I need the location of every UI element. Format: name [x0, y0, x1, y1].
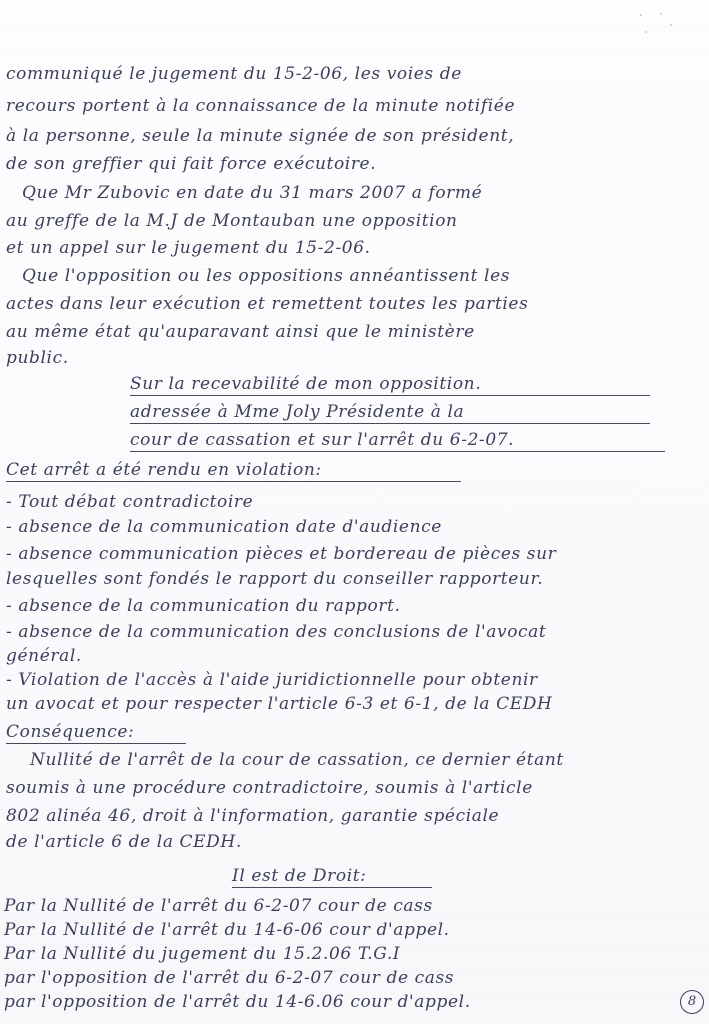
- text-line: au greffe de la M.J de Montauban une opp…: [6, 213, 458, 230]
- text-line: de l'article 6 de la CEDH.: [6, 834, 242, 851]
- text-line: de son greffier qui fait force exécutoir…: [6, 156, 376, 173]
- text-line: public.: [6, 350, 69, 367]
- list-item: - Violation de l'accès à l'aide juridict…: [6, 672, 538, 689]
- list-item: - absence communication pièces et border…: [6, 546, 556, 563]
- text-line: communiqué le jugement du 15-2-06, les v…: [6, 66, 462, 83]
- text-line: 802 alinéa 46, droit à l'information, ga…: [6, 808, 499, 825]
- section-heading: adressée à Mme Joly Présidente à la: [130, 404, 650, 424]
- text-line: et un appel sur le jugement du 15-2-06.: [6, 240, 371, 257]
- text-line: à la personne, seule la minute signée de…: [6, 128, 514, 145]
- list-item: Par la Nullité du jugement du 15.2.06 T.…: [4, 946, 400, 963]
- conclusion-heading: Il est de Droit:: [232, 868, 432, 888]
- text-line: actes dans leur exécution et remettent t…: [6, 296, 528, 313]
- list-item: - Tout débat contradictoire: [6, 494, 253, 511]
- text-line: soumis à une procédure contradictoire, s…: [6, 780, 533, 797]
- list-item: Par la Nullité de l'arrêt du 14-6-06 cou…: [4, 922, 450, 939]
- list-item: - absence de la communication du rapport…: [6, 598, 401, 615]
- section-heading: cour de cassation et sur l'arrêt du 6-2-…: [130, 432, 665, 452]
- section-heading: Sur la recevabilité de mon opposition.: [130, 376, 650, 396]
- list-item: - absence de la communication des conclu…: [6, 624, 546, 641]
- text-line: au même état qu'auparavant ainsi que le …: [6, 324, 475, 341]
- list-item: par l'opposition de l'arrêt du 14-6.06 c…: [4, 994, 471, 1011]
- text-line: Nullité de l'arrêt de la cour de cassati…: [30, 752, 564, 769]
- text-line: Que l'opposition ou les oppositions anné…: [22, 268, 510, 285]
- list-item: général.: [6, 648, 82, 665]
- list-item: - absence de la communication date d'aud…: [6, 519, 442, 536]
- text-line: Que Mr Zubovic en date du 31 mars 2007 a…: [22, 185, 482, 202]
- scanned-page: communiqué le jugement du 15-2-06, les v…: [0, 0, 709, 1024]
- list-item: un avocat et pour respecter l'article 6-…: [6, 696, 552, 713]
- consequence-heading: Conséquence:: [6, 724, 186, 744]
- text-line: recours portent à la connaissance de la …: [6, 98, 515, 115]
- list-item: par l'opposition de l'arrêt du 6-2-07 co…: [4, 970, 454, 987]
- page-number: 8: [680, 990, 704, 1014]
- violation-heading: Cet arrêt a été rendu en violation:: [6, 462, 461, 482]
- list-item: Par la Nullité de l'arrêt du 6-2-07 cour…: [4, 898, 433, 915]
- list-item: lesquelles sont fondés le rapport du con…: [6, 571, 543, 588]
- paper-specks: [630, 10, 690, 40]
